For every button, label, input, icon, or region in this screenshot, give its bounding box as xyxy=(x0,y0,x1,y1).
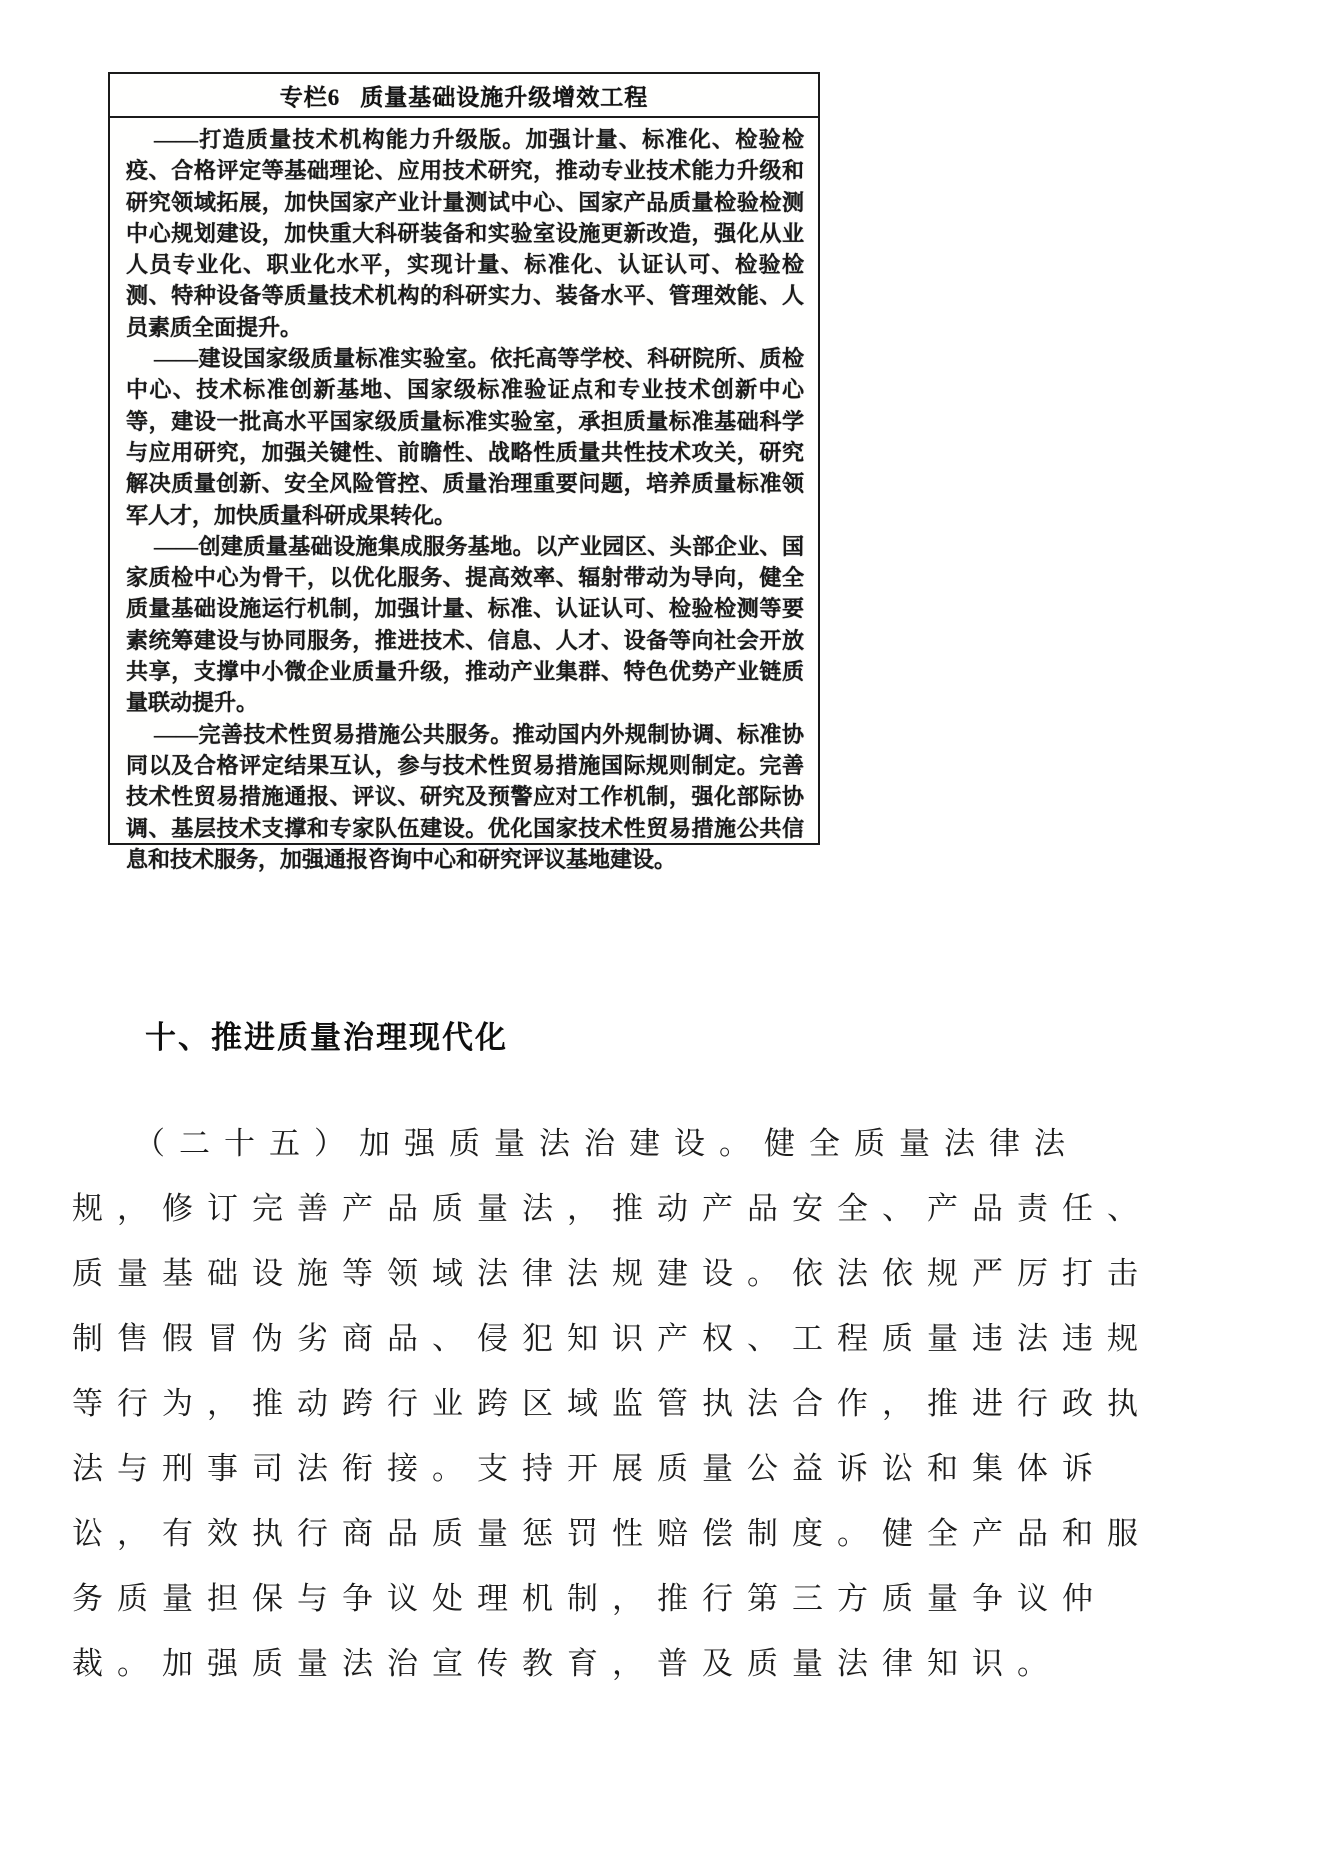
box-paragraph: ——建设国家级质量标准实验室。依托高等学校、科研院所、质检中心、技术标准创新基地… xyxy=(126,343,804,531)
lead-sentence: 打造质量技术机构能力升级版。 xyxy=(198,127,526,152)
paragraph-text: 依托高等学校、科研院所、质检中心、技术标准创新基地、国家级标准验证点和专业技术创… xyxy=(126,346,804,527)
callout-box-title-label: 专栏6 xyxy=(280,79,341,112)
callout-box: 专栏6 质量基础设施升级增效工程 ——打造质量技术机构能力升级版。加强计量、标准… xyxy=(108,72,820,845)
box-paragraph: ——完善技术性贸易措施公共服务。推动国内外规制协调、标准协同以及合格评定结果互认… xyxy=(126,719,804,875)
lead-sentence: 完善技术性贸易措施公共服务。 xyxy=(198,722,513,747)
section-heading: 十、推进质量治理现代化 xyxy=(145,1012,508,1057)
callout-box-title: 专栏6 质量基础设施升级增效工程 xyxy=(110,74,818,118)
lead-sentence: 建设国家级质量标准实验室。 xyxy=(198,346,490,371)
section-paragraph: （二十五）加强质量法治建设。健全质量法律法规，修订完善产品质量法，推动产品安全、… xyxy=(72,1111,1164,1696)
dash-marker: —— xyxy=(154,127,198,152)
paragraph-text: 加强计量、标准化、检验检疫、合格评定等基础理论、应用技术研究，推动专业技术能力升… xyxy=(126,127,804,340)
callout-box-body: ——打造质量技术机构能力升级版。加强计量、标准化、检验检疫、合格评定等基础理论、… xyxy=(110,118,818,875)
box-paragraph: ——打造质量技术机构能力升级版。加强计量、标准化、检验检疫、合格评定等基础理论、… xyxy=(126,124,804,343)
callout-box-title-text: 质量基础设施升级增效工程 xyxy=(360,79,648,112)
dash-marker: —— xyxy=(154,534,198,559)
box-paragraph: ——创建质量基础设施集成服务基地。以产业园区、头部企业、国家质检中心为骨干，以优… xyxy=(126,531,804,719)
dash-marker: —— xyxy=(154,722,198,747)
lead-sentence: 创建质量基础设施集成服务基地。 xyxy=(198,534,535,559)
paragraph-text: 以产业园区、头部企业、国家质检中心为骨干，以优化服务、提高效率、辐射带动为导向，… xyxy=(126,534,804,715)
document-page: { "box": { "title_label": "专栏6", "title_… xyxy=(0,0,1323,1871)
dash-marker: —— xyxy=(154,346,198,371)
